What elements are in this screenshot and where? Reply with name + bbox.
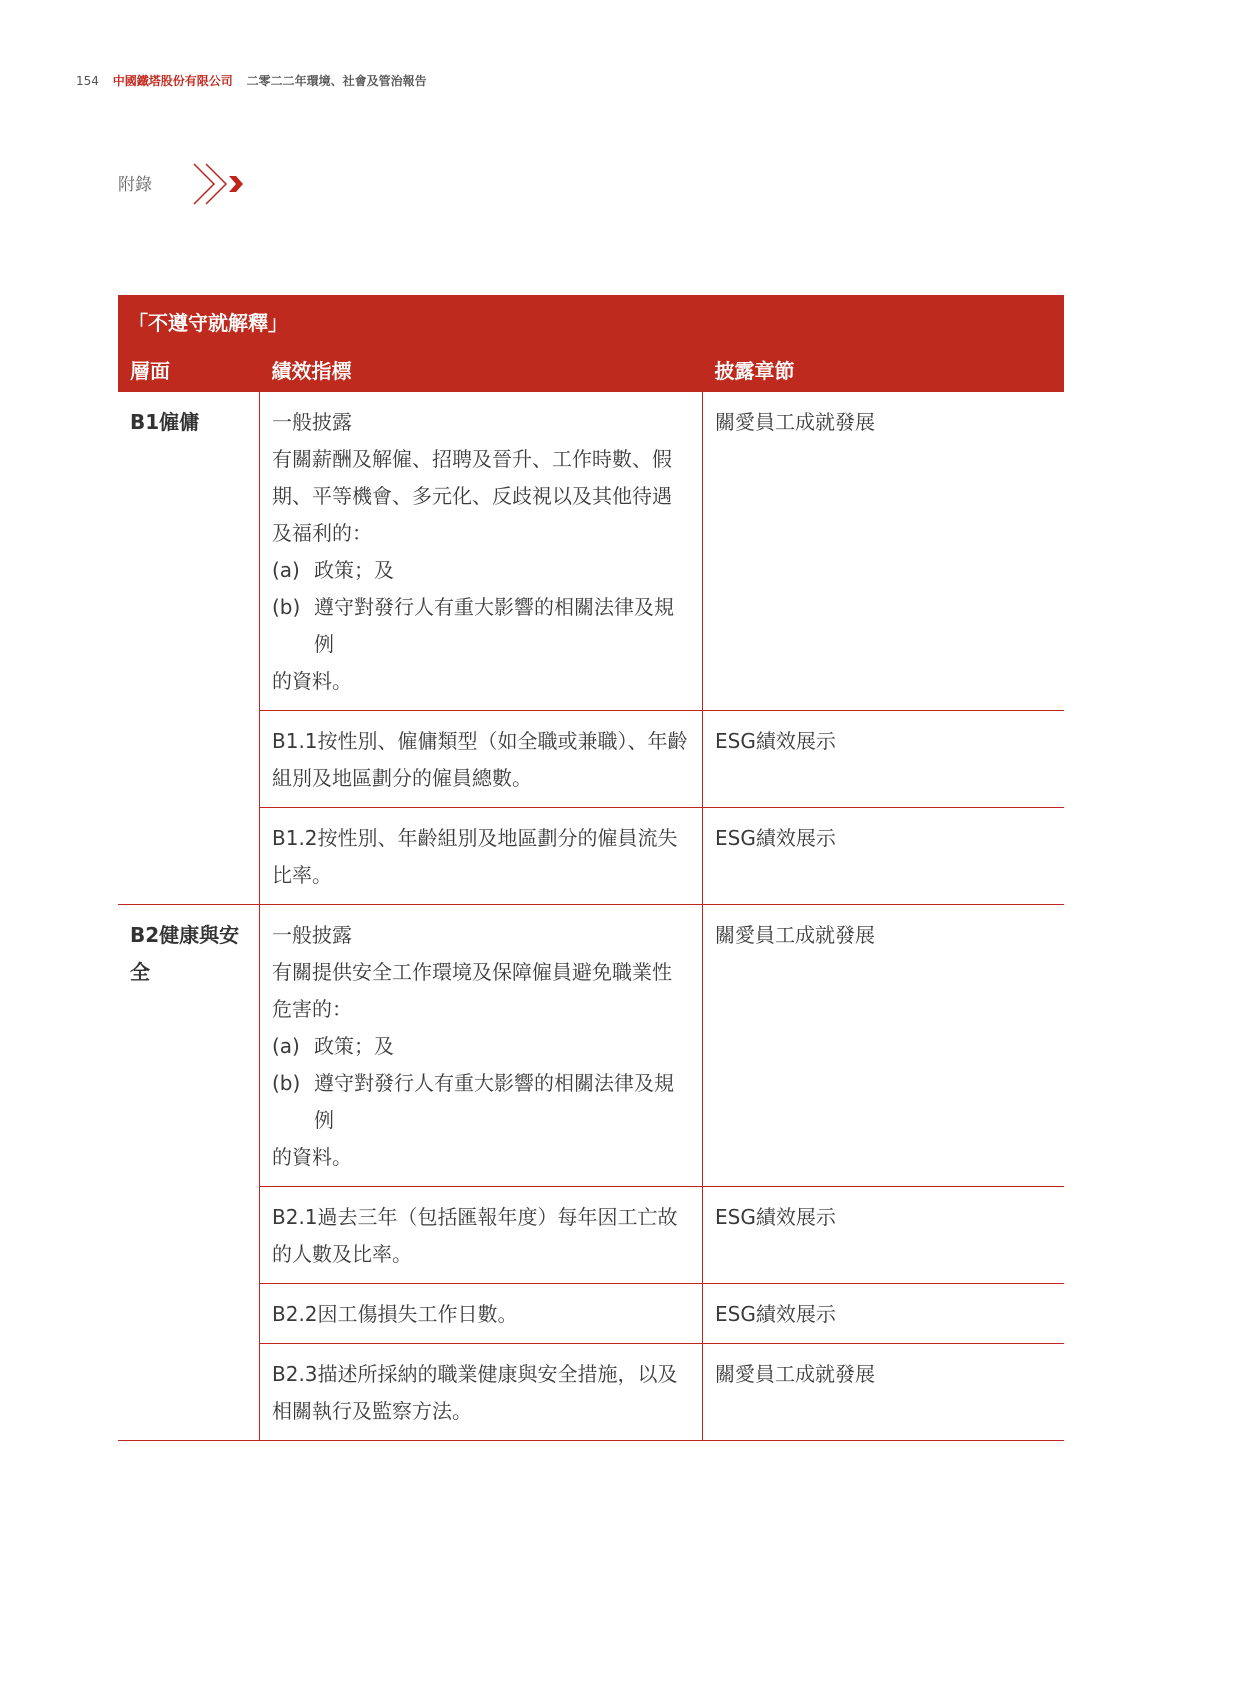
table-row: B1僱傭 一般披露 有關薪酬及解僱、招聘及晉升、工作時數、假期、平等機會、多元化… [118,392,1064,711]
comply-or-explain-table: 「不遵守就解釋」 層面 績效指標 披露章節 B1僱傭 一般披露 有關薪酬及解僱、… [118,295,1064,1441]
kpi-cell: 一般披露 有關薪酬及解僱、招聘及晉升、工作時數、假期、平等機會、多元化、反歧視以… [260,392,703,711]
company-name: 中國鐵塔股份有限公司 [113,74,233,88]
column-header-section: 披露章節 [703,344,1065,392]
section-label: 附錄 [118,170,152,195]
kpi-cell: B2.3描述所採納的職業健康與安全措施，以及相關執行及監察方法。 [260,1344,703,1441]
kpi-cell: 一般披露 有關提供安全工作環境及保障僱員避免職業性危害的： (a)政策；及 (b… [260,905,703,1187]
kpi-text: 有關薪酬及解僱、招聘及晉升、工作時數、假期、平等機會、多元化、反歧視以及其他待遇… [272,441,690,552]
report-title: 二零二二年環境、社會及管治報告 [247,74,427,88]
table-row: B1.2按性別、年齡組別及地區劃分的僱員流失比率。 ESG績效展示 [118,808,1064,905]
table-row: B2健康與安全 一般披露 有關提供安全工作環境及保障僱員避免職業性危害的： (a… [118,905,1064,1187]
kpi-text: 有關提供安全工作環境及保障僱員避免職業性危害的： [272,954,690,1028]
column-header-kpi: 績效指標 [260,344,703,392]
running-header: 154 中國鐵塔股份有限公司 二零二二年環境、社會及管治報告 [76,72,427,89]
kpi-item: (a)政策；及 [272,552,690,589]
double-chevron-right-icon [192,162,248,210]
section-cell: 關愛員工成就發展 [703,905,1065,1187]
column-header-aspect: 層面 [118,344,260,392]
kpi-item: (a)政策；及 [272,1028,690,1065]
section-cell: ESG績效展示 [703,808,1065,905]
kpi-cell: B1.1按性別、僱傭類型（如全職或兼職）、年齡組別及地區劃分的僱員總數。 [260,711,703,808]
kpi-item: (b)遵守對發行人有重大影響的相關法律及規例 [272,1065,690,1139]
table-row: B1.1按性別、僱傭類型（如全職或兼職）、年齡組別及地區劃分的僱員總數。 ESG… [118,711,1064,808]
kpi-cell: B2.1過去三年（包括匯報年度）每年因工亡故的人數及比率。 [260,1187,703,1284]
kpi-heading: 一般披露 [272,404,690,441]
section-cell: 關愛員工成就發展 [703,392,1065,711]
kpi-tail: 的資料。 [272,1139,690,1176]
section-cell: ESG績效展示 [703,1187,1065,1284]
kpi-cell: B1.2按性別、年齡組別及地區劃分的僱員流失比率。 [260,808,703,905]
aspect-cell: B1僱傭 [118,392,260,905]
table-row: B2.1過去三年（包括匯報年度）每年因工亡故的人數及比率。 ESG績效展示 [118,1187,1064,1284]
kpi-tail: 的資料。 [272,663,690,700]
table-row: B2.2因工傷損失工作日數。 ESG績效展示 [118,1284,1064,1344]
table-row: B2.3描述所採納的職業健康與安全措施，以及相關執行及監察方法。 關愛員工成就發… [118,1344,1064,1441]
section-cell: ESG績效展示 [703,711,1065,808]
section-cell: 關愛員工成就發展 [703,1344,1065,1441]
page-number: 154 [76,74,99,88]
kpi-item: (b)遵守對發行人有重大影響的相關法律及規例 [272,589,690,663]
table-title: 「不遵守就解釋」 [118,295,1064,344]
section-cell: ESG績效展示 [703,1284,1065,1344]
kpi-heading: 一般披露 [272,917,690,954]
aspect-cell: B2健康與安全 [118,905,260,1441]
kpi-cell: B2.2因工傷損失工作日數。 [260,1284,703,1344]
